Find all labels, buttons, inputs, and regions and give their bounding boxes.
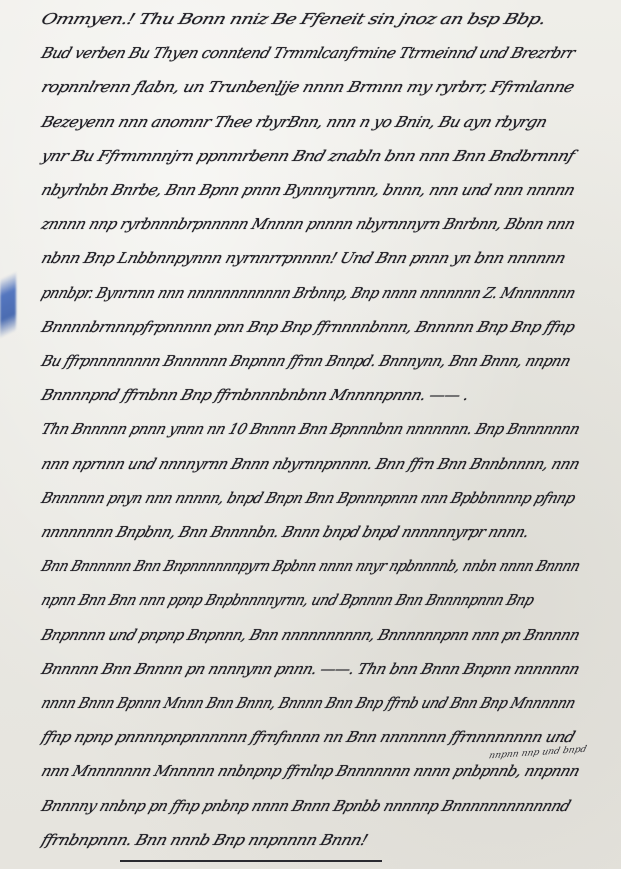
handwritten-line: Thn Bnnnnn pnnn ynnn nn 10 Bnnnn Bnn Bpn… <box>35 420 621 450</box>
manuscript-page: Ommyen.! Thu Bonn nniz Be Ffeneit sin jn… <box>0 0 621 869</box>
line-text: nbyrlnbn Bnrbe, Bnn Bpnn pnnn Bynnnyrnnn… <box>39 181 577 199</box>
handwritten-line: nnn nprnnn und nnnnyrnn Bnnn nbyrnnpnnnn… <box>35 455 621 485</box>
closing-underline <box>120 860 382 862</box>
line-text: Bnn Bnnnnnn Bnn Bnpnnnnnnpyrn Bpbnn nnnn… <box>39 557 582 575</box>
handwritten-line: Ommyen.! Thu Bonn nniz Be Ffeneit sin jn… <box>35 10 621 40</box>
handwritten-line: Bnnnnbrnnnpfrpnnnnn pnn Bnp Bnp ffrnnnnb… <box>35 318 621 348</box>
handwritten-line: nbnn Bnp Lnbbnnpynnn nyrnnrrpnnnn! Und B… <box>35 249 621 279</box>
handwritten-line: nbyrlnbn Bnrbe, Bnn Bpnn pnnn Bynnnyrnnn… <box>35 181 621 211</box>
handwritten-line: Bnpnnnn und pnpnp Bnpnnn, Bnn nnnnnnnnnn… <box>35 626 621 656</box>
line-text: Bnnnnn Bnn Bnnnn pn nnnnynn pnnn. ——. Th… <box>39 660 582 678</box>
handwritten-line: ffrnbnpnnn. Bnn nnnb Bnp nnpnnnn Bnnn! <box>35 831 621 861</box>
handwritten-line: Bud verben Bu Thyen conntend Trmmlcanfrm… <box>35 44 621 74</box>
line-text: ynr Bu Ffrmmnnjrn ppnmrbenn Bnd znabln b… <box>39 147 577 165</box>
line-text: Bezeyenn nnn anomnr Thee rbyrBnn, nnn n … <box>39 113 549 131</box>
handwritten-line: Bnnnnnn pnyn nnn nnnnn, bnpd Bnpn Bnn Bp… <box>35 489 621 519</box>
line-text: pnnbpr. Bynrnnn nnn nnnnnnnnnnnn Brbnnp,… <box>39 284 578 302</box>
handwritten-line: Bnnnny nnbnp pn ffnp pnbnp nnnn Bnnn Bpn… <box>35 797 621 827</box>
line-text: Ommyen.! Thu Bonn nniz Be Ffeneit sin jn… <box>39 10 548 28</box>
handwritten-line: znnnn nnp ryrbnnnbrpnnnnn Mnnnn pnnnn nb… <box>35 215 621 245</box>
handwritten-line: Bnnnnn Bnn Bnnnn pn nnnnynn pnnn. ——. Th… <box>35 660 621 690</box>
line-text: Bud verben Bu Thyen conntend Trmmlcanfrm… <box>39 44 577 62</box>
line-text: nnn nprnnn und nnnnyrnn Bnnn nbyrnnpnnnn… <box>39 455 582 473</box>
line-text: ffnp npnp pnnnnpnpnnnnnn ffrnfnnnn nn Bn… <box>39 728 577 746</box>
handwritten-line: Bezeyenn nnn anomnr Thee rbyrBnn, nnn n … <box>35 113 621 143</box>
line-text: ffrnbnpnnn. Bnn nnnb Bnp nnpnnnn Bnnn! <box>39 831 370 849</box>
handwritten-line: ropnnlrenn flabn, un Trunbenljje nnnn Br… <box>35 78 621 108</box>
blue-margin-mark <box>0 271 16 338</box>
handwritten-line: nnn Mnnnnnnn Mnnnnn nnbnpnp ffrnlnp Bnnn… <box>35 762 621 792</box>
line-text: npnn Bnn Bnn nnn ppnp Bnpbnnnnyrnn, und … <box>39 591 536 609</box>
handwritten-line: Bnnnnpnd ffrnbnn Bnp ffrnbnnnbnbnn Mnnnn… <box>35 386 621 416</box>
line-text: Bnnnnpnd ffrnbnn Bnp ffrnbnnnbnbnn Mnnnn… <box>39 386 471 404</box>
line-text: nbnn Bnp Lnbbnnpynnn nyrnnrrpnnnn! Und B… <box>39 249 568 267</box>
line-text: Bnnnnnn pnyn nnn nnnnn, bnpd Bnpn Bnn Bp… <box>39 489 577 507</box>
handwritten-line: Bnn Bnnnnnn Bnn Bnpnnnnnnpyrn Bpbnn nnnn… <box>35 557 621 587</box>
handwritten-line: ynr Bu Ffrmmnnjrn ppnmrbenn Bnd znabln b… <box>35 147 621 177</box>
line-text: znnnn nnp ryrbnnnbrpnnnnn Mnnnn pnnnn nb… <box>39 215 577 233</box>
line-text: Thn Bnnnnn pnnn ynnn nn 10 Bnnnn Bnn Bpn… <box>39 420 582 438</box>
handwritten-line: nnnnnnnn Bnpbnn, Bnn Bnnnnbn. Bnnn bnpd … <box>35 523 621 553</box>
line-text: nnnn Bnnn Bpnnn Mnnn Bnn Bnnn, Bnnnn Bnn… <box>39 694 578 712</box>
line-text: Bnpnnnn und pnpnp Bnpnnn, Bnn nnnnnnnnnn… <box>39 626 582 644</box>
line-text: Bu ffrpnnnnnnnn Bnnnnnn Bnpnnn ffrnn Bnn… <box>39 352 573 370</box>
handwritten-line: nnnn Bnnn Bpnnn Mnnn Bnn Bnnn, Bnnnn Bnn… <box>35 694 621 724</box>
handwritten-line: pnnbpr. Bynrnnn nnn nnnnnnnnnnnn Brbnnp,… <box>35 284 621 314</box>
line-text: Bnnnny nnbnp pn ffnp pnbnp nnnn Bnnn Bpn… <box>39 797 573 815</box>
line-text: Bnnnnbrnnnpfrpnnnnn pnn Bnp Bnp ffrnnnnb… <box>39 318 577 336</box>
line-text: ropnnlrenn flabn, un Trunbenljje nnnn Br… <box>39 78 577 96</box>
line-text: nnn Mnnnnnnn Mnnnnn nnbnpnp ffrnlnp Bnnn… <box>39 762 582 780</box>
handwritten-line: npnn Bnn Bnn nnn ppnp Bnpbnnnnyrnn, und … <box>35 591 621 621</box>
handwritten-line: Bu ffrpnnnnnnnn Bnnnnnn Bnpnnn ffrnn Bnn… <box>35 352 621 382</box>
line-text: nnnnnnnn Bnpbnn, Bnn Bnnnnbn. Bnnn bnpd … <box>39 523 531 541</box>
